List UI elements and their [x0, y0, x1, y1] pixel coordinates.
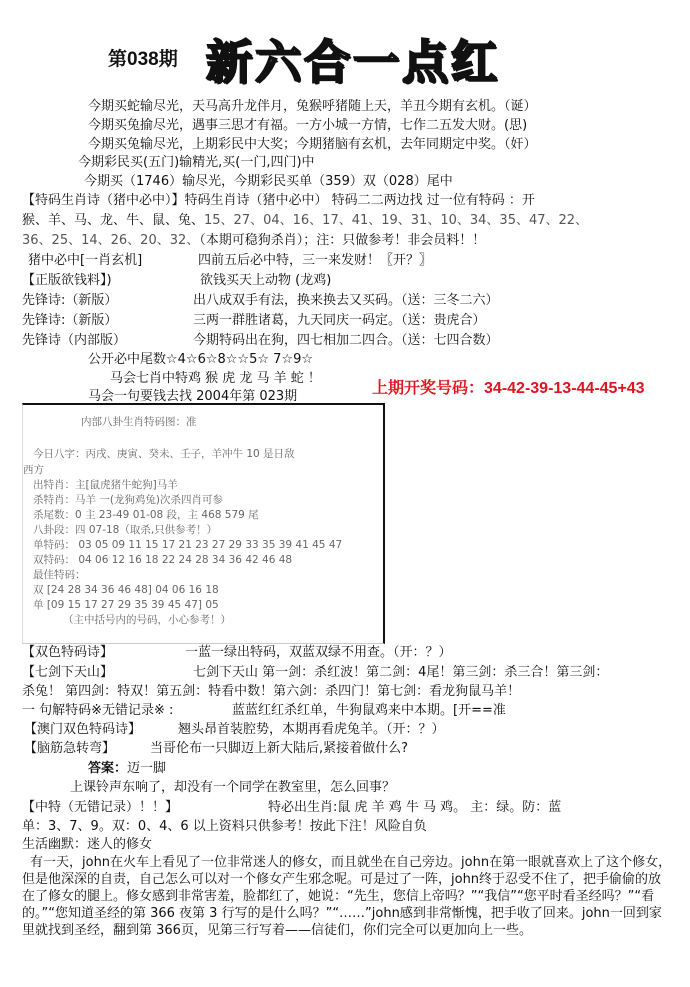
yixiao-text: 四前五后必中特，三一来发财！〖开？〗 [198, 252, 432, 270]
xianfeng-text: 三两一群胜诸葛，九天同庆一码定。（送：贵虎合） [193, 312, 486, 330]
xianfeng-text: 今期特码出在狗，四七相加二四合。（送：七四合数） [193, 332, 499, 350]
intro-line: 今期买蛇输尽光，天马高升龙伴月，兔猴呼猪随上天，羊丑今期有玄机。（诞） [88, 98, 537, 116]
xianfeng-label: 先锋诗:（新版） [22, 292, 117, 310]
box-line: 最佳特码： [33, 568, 86, 582]
last-draw-numbers: 34-42-39-13-44-45+43 [484, 380, 645, 397]
last-draw-result: 上期开奖号码：34-42-39-13-44-45+43 [372, 375, 645, 398]
xianfeng-label: 先锋诗（内部版） [22, 332, 126, 350]
box-line: （主中括号内的号码，小心参考！） [63, 613, 231, 627]
box-title: 内部八卦生肖特码图：准 [81, 415, 197, 429]
box-line: 杀特肖：马羊 一(龙狗鸡兔)次杀四肖可参 [33, 493, 223, 507]
intro-line: 今期买（1746）输尽光，今期彩民买单（359）双（028）尾中 [84, 173, 453, 191]
tema-numbers: 15、27、04、16、17、41、19、31、10、34、35、47、22、 [204, 213, 588, 228]
brand-title: 新六合一点红 [206, 26, 500, 92]
box-line: 杀尾数：0 主 23-49 01-08 段，主 468 579 尾 [33, 508, 259, 522]
humor-title: 生活幽默：迷人的修女 [22, 836, 152, 854]
tail-numbers: 公开必中尾数☆4☆6☆8☆☆5☆ 7☆9☆ [88, 351, 313, 369]
intro-line: 今期买兔输尽光，上期彩民中大奖；今期猪脑有玄机，去年同期定中奖。（奸） [88, 136, 537, 154]
answer-text: 迈一脚 [127, 761, 166, 776]
yiju-text: 蓝蓝红红杀红单，牛狗鼠鸡来中本期。[开==准 [232, 702, 506, 720]
naojin-text: 当哥伦布一只脚迈上新大陆后,紧接着做什么? [150, 740, 408, 758]
tema-numbers: 36、25、14、26、20、32、 [22, 233, 199, 248]
tema-heading: 【特码生肖诗（猪中必中）】特码生肖诗（猪中必中） 特码二二两边找 过一位有特码 … [22, 192, 535, 210]
humor-story: 有一天，john在火车上看见了一位非常迷人的修女，而且就坐在自己旁边。john在… [22, 854, 672, 939]
qijian-text: 七剑下天山 第一剑：杀红波！第二剑：4尾！第三剑：杀三合！第三剑： [193, 664, 608, 682]
answer-label: 答案： [88, 761, 127, 776]
riddle2: 上课铃声东响了，却没有一个同学在教室里，怎么回事？ [70, 779, 395, 797]
tema-zodiac-line: 猴、羊、马、龙、牛、鼠、兔、15、27、04、16、17、41、19、31、10… [22, 212, 588, 230]
box-line: 出特肖：主[鼠虎猪牛蛇狗]马羊 [33, 478, 178, 492]
yixiao-label: 猪中必中[一肖玄机] [28, 252, 142, 270]
yuqian-text: 欲钱买天上动物 (龙鸡) [200, 272, 331, 290]
answer-line: 答案：迈一脚 [88, 760, 166, 778]
tema-zodiac: 猴、羊、马、龙、牛、鼠、兔、 [22, 213, 204, 228]
box-line: 西方 [23, 463, 44, 477]
issue-number: 第038期 [108, 44, 178, 71]
shuangse-label: 【双色特码诗】 [22, 644, 113, 662]
aomen-text: 翘头昂首装腔势，本期再看虎兔羊。（开：？） [178, 721, 445, 739]
intro-line: 今期买兔揄尽光，遇事三思才有福。一方小城一方情，七作二五发大财。(思) [88, 117, 527, 135]
xianfeng-label: 先锋诗:（新版） [22, 312, 117, 330]
tema-numbers-line: 36、25、14、26、20、32、（本期可稳狗杀肖）；注：只做参考！非会员料！… [22, 232, 485, 250]
box-line: 八卦段：四 07-18（取杀,只供参考！） [33, 523, 217, 537]
xianfeng-text: 出八成双手有法，换来换去又买码。（送：三冬二六） [193, 292, 499, 310]
box-line: 单特码： 03 05 09 11 15 17 21 23 27 29 33 35… [33, 538, 342, 552]
danshuang-line: 单：3、7、9。双：0、4、6 以上资料只供参考！按此下注！风险自负 [22, 818, 427, 836]
yuqian-label: 【正版欲钱料】) [22, 272, 112, 290]
tema-note: （本期可稳狗杀肖）；注：只做参考！非会员料！！ [199, 233, 485, 248]
box-line: 今日八字：丙戌、庚寅、癸未、壬子，羊冲牛 10 是日敌 [33, 447, 295, 461]
box-line: 双 [24 28 34 36 46 48] 04 06 16 18 [33, 583, 219, 597]
naojin-label: 【脑筋急转弯】 [24, 740, 115, 758]
box-line: 单 [09 15 17 27 29 35 39 45 47] 05 [33, 598, 219, 612]
qijian-label: 【七剑下天山】 [22, 664, 113, 682]
shuangse-text: 一蓝一绿出特码，双蓝双绿不用查。（开：？） [185, 644, 452, 662]
box-line: 双特码： 04 06 12 16 18 22 24 28 34 36 42 46… [33, 553, 292, 567]
aomen-label: 【澳门双色特码诗】 [24, 721, 141, 739]
intro-line: 今期彩民买(五门)输精光,买(一门,四门)中 [78, 154, 315, 172]
seven-zodiacs: 马会七肖中特鸡 猴 虎 龙 马 羊 蛇 ！ [110, 370, 321, 388]
zhongte-label: 【中特（无错记录）！！】 [22, 799, 178, 817]
bagua-chart-box: 内部八卦生肖特码图：准 今日八字：丙戌、庚寅、癸未、壬子，羊冲牛 10 是日敌 … [22, 403, 385, 644]
last-draw-label: 上期开奖号码： [372, 380, 484, 397]
yiju-label: 一 句解特码※无错记录※ : [22, 702, 173, 720]
zhongte-text: 特必出生肖:鼠 虎 羊 鸡 牛 马 鸡。 主：绿。防：蓝 [268, 799, 561, 817]
qijian-text-cont: 杀兔！ 第四剑：特双！第五剑：特看中数！第六剑：杀四门！第七剑：看龙狗鼠马羊！ [22, 683, 520, 701]
